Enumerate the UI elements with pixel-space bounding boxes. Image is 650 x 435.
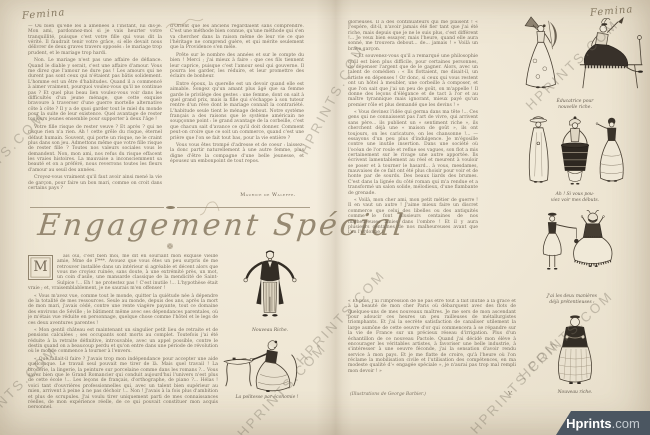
caption-line: déjà prétentieuses : [530,300,614,306]
paragraph: — Ou bien qu'elle les a amenées à l'inst… [28,24,162,56]
author-signature: Maurice de Waleffe. [170,193,296,198]
caption-manieres: J'ai les deux manières déjà prétentieuse… [530,294,614,306]
caption-nouveau-riche-woman: Nouveau riche. [542,390,608,396]
paragraph: « Et puis, j'ai l'impression de ne pas ê… [348,299,516,374]
illustration-nouveau-riche-woman [549,313,601,387]
hprints-logo-name: Hprints [566,416,612,431]
caption-line: Nouveau riche. [542,390,608,396]
left-main-article: M ais oui, c'est bien moi, me dit en sou… [28,254,218,408]
left-top-column-1: — Ou bien qu'elle les a amenées à l'inst… [28,24,162,196]
paragraph: Votre fille risque de rester veuve ? Et … [28,125,162,173]
article-title: Engagement Spécial [36,208,304,243]
paragraph: « Que fallait-il faire ? J'avais trop mo… [28,357,218,408]
paragraph: Croyez-vous vraiment qu'il faut avoir ai… [28,175,162,191]
right-column-lower: « Et puis, j'ai l'impression de ne pas ê… [348,299,516,389]
paragraph: ais oui, c'est bien moi, me dit en souri… [28,254,218,292]
paragraph: Entre époux, la querelle est un devoir q… [170,82,304,141]
right-column-upper: glorieuses. Il a des continuateurs qui m… [348,20,478,296]
caption-desk-scene: La politesse par économie ! [214,395,320,401]
caption-nouveau-riche-man: Nouveau Riche. [224,328,316,334]
paragraph: Non. Le mariage n'est pas une affaire de… [28,58,162,122]
illustration-educatrice-pair [502,14,647,98]
illustration-three-women-barrel [520,113,630,193]
paragraph: « Mon gentil château est maintenant un s… [28,328,218,355]
paragraph: « Voilà, mon cher ami, mon petit métier … [348,198,478,236]
paragraph: « Vous m'avez vue, comme tout le monde, … [28,294,218,326]
paragraph: Vous vous êtes trompé d'adresse et de co… [170,143,304,164]
hprints-logo: Hprints.com [556,411,650,435]
illustration-two-manners-pair [520,210,625,292]
paragraph: « Vous devinez l'idée qui germa dans ma … [348,110,478,196]
masthead-left: Femina [22,7,66,22]
caption-line: nouvelle riche. [538,105,612,111]
illustration-nouveau-riche-man [232,248,308,326]
left-top-column-2: d'Orient que les anciens regardaient san… [170,24,304,192]
paragraph: glorieuses. Il a des continuateurs qui m… [348,20,478,52]
paragraph: d'Orient que les anciens regardaient san… [170,24,304,51]
caption-line: viez voir mes débuts. [536,198,614,204]
illustrator-credit: (Illustrations de George Barbier.) [350,392,426,397]
caption-debuts: Ah ! Si vous pou- viez voir mes débuts. [536,192,614,204]
title-flower-ornament: ❁ [150,242,190,251]
hprints-logo-tld: .com [612,416,640,431]
magazine-scan: Femina — Ou bien qu'elle les a amenées à… [0,0,650,435]
dropcap-initial: M [28,255,53,280]
paragraph: Prête sur le nombre des années et sur le… [170,53,304,80]
illustration-desk-scene [220,337,315,394]
author-initial: V. [508,391,513,397]
paragraph: « Et souvenez-vous qu'il a remarqué une … [348,54,478,108]
caption-educatrice: Éducatrice pour nouvelle riche. [538,99,612,111]
